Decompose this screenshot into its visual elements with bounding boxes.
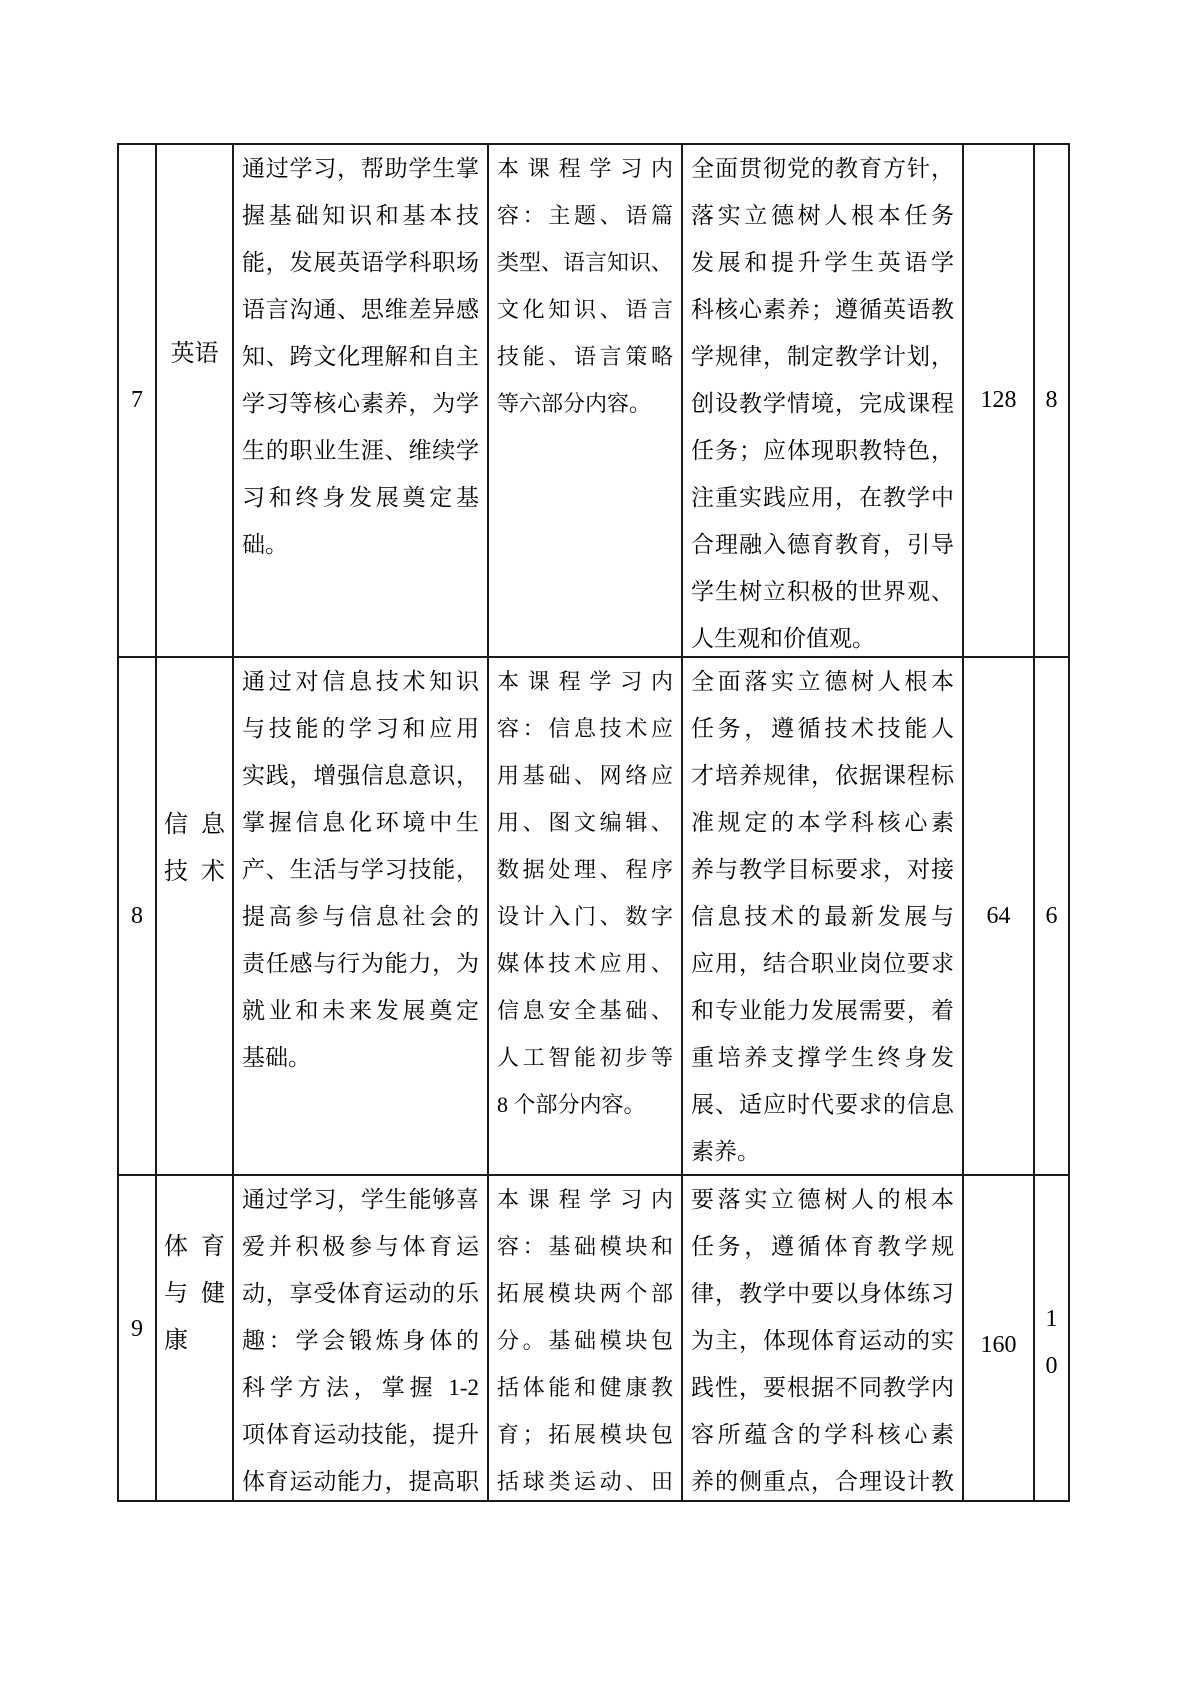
text-line: 发展和提升学生英语学: [691, 239, 954, 286]
text-line: 分。基础模块包: [497, 1317, 673, 1364]
text-line: 本课程学习内: [497, 145, 673, 192]
text-line: 媒体技术应用、: [497, 940, 673, 987]
text-line: 体育: [164, 1224, 225, 1271]
text-line: 括体能和健康教: [497, 1364, 673, 1411]
text-line: 学生树立积极的世界观、: [691, 568, 954, 615]
text-line: 养的侧重点，合理设计教: [691, 1458, 954, 1500]
text-line: 责任感与行为能力，为: [242, 940, 479, 987]
text-line: 通过对信息技术知识: [242, 658, 479, 705]
text-line: 本课程学习内: [497, 1176, 673, 1223]
row-8-content-cell: 本课程学习内容：信息技术应用基础、网络应用、图文编辑、数据处理、程序设计入门、数…: [489, 658, 683, 1176]
text-line: 握基础知识和基本技: [242, 192, 479, 239]
row-7-credits-cell: 8: [1035, 145, 1068, 658]
text-line: 通过学习，帮助学生掌: [242, 145, 479, 192]
text-line: 通过学习，学生能够喜: [242, 1176, 479, 1223]
text-line: 数据处理、程序: [497, 846, 673, 893]
text-line: 人生观和价值观。: [691, 615, 954, 658]
row-9-content-cell: 本课程学习内容：基础模块和拓展模块两个部分。基础模块包括体能和健康教育；拓展模块…: [489, 1176, 683, 1500]
row-9-hours-cell: 160: [964, 1176, 1035, 1500]
text-line: 育；拓展模块包: [497, 1411, 673, 1458]
text-line: 践性，要根据不同教学内: [691, 1364, 954, 1411]
text-line: 创设教学情境，完成课程: [691, 380, 954, 427]
row-9-number-cell: 9: [119, 1176, 157, 1500]
text-line: 和专业能力发展需要，着: [691, 987, 954, 1034]
text-line: 8: [1046, 377, 1058, 424]
text-line: 拓展模块两个部: [497, 1270, 673, 1317]
text-line: 素养。: [691, 1128, 954, 1175]
text-line: 用、图文编辑、: [497, 799, 673, 846]
hours-value: 160: [981, 1322, 1017, 1369]
document-page: 7 英语 通过学习，帮助学生掌握基础知识和基本技能，发展英语学科职场语言沟通、思…: [0, 0, 1191, 1684]
text-line: 展、适应时代要求的信息: [691, 1081, 954, 1128]
text-line: 爱并积极参与体育运: [242, 1223, 479, 1270]
text-line: 学规律，制定教学计划，: [691, 333, 954, 380]
text-line: 体育运动能力，提高职: [242, 1458, 479, 1500]
text-line: 生的职业生涯、维续学: [242, 427, 479, 474]
text-line: 全面落实立德树人根本: [691, 658, 954, 705]
row-7-content-cell: 本课程学习内容：主题、语篇类型、语言知识、文化知识、语言技能、语言策略等六部分内…: [489, 145, 683, 658]
text-line: 要落实立德树人的根本: [691, 1176, 954, 1223]
row-7-requirements-cell: 全面贯彻党的教育方针，落实立德树人根本任务发展和提升学生英语学科核心素养；遵循英…: [683, 145, 964, 658]
text-line: 与健: [164, 1271, 225, 1318]
text-line: 准规定的本学科核心素: [691, 799, 954, 846]
text-line: 康: [164, 1318, 225, 1365]
text-line: 就业和未来发展奠定: [242, 987, 479, 1034]
text-line: 养与教学目标要求，对接: [691, 846, 954, 893]
row-8-hours-cell: 64: [964, 658, 1035, 1176]
row-7-hours-cell: 128: [964, 145, 1035, 658]
text-line: 提高参与信息社会的: [242, 893, 479, 940]
text-line: 落实立德树人根本任务: [691, 192, 954, 239]
text-line: 1: [1046, 1296, 1058, 1343]
text-line: 重培养支撑学生终身发: [691, 1034, 954, 1081]
hours-value: 64: [987, 893, 1011, 940]
text-line: 任务，遵循技术技能人: [691, 705, 954, 752]
text-line: 产、生活与学习技能，: [242, 846, 479, 893]
text-line: 科学方法，掌握 1-2: [242, 1364, 479, 1411]
text-line: 语言沟通、思维差异感: [242, 286, 479, 333]
text-line: 科核心素养；遵循英语教: [691, 286, 954, 333]
text-line: 才培养规律，依据课程标: [691, 752, 954, 799]
text-line: 动，享受体育运动的乐: [242, 1270, 479, 1317]
row-9-requirements-cell: 要落实立德树人的根本任务，遵循体育教学规律，教学中要以身体练习为主，体现体育运动…: [683, 1176, 964, 1500]
text-line: 技能、语言策略: [497, 333, 673, 380]
text-line: 知、跨文化理解和自主: [242, 333, 479, 380]
row-9-course-name-cell: 体育与健康: [157, 1176, 234, 1500]
text-line: 8 个部分内容。: [497, 1081, 673, 1128]
text-line: 信息安全基础、: [497, 987, 673, 1034]
text-line: 全面贯彻党的教育方针，: [691, 145, 954, 192]
text-line: 0: [1046, 1343, 1058, 1390]
text-line: 人工智能初步等: [497, 1034, 673, 1081]
text-line: 设计入门、数字: [497, 893, 673, 940]
text-line: 容所蕴含的学科核心素: [691, 1411, 954, 1458]
row-8-number-cell: 8: [119, 658, 157, 1176]
text-line: 信息: [164, 802, 225, 849]
text-line: 础。: [242, 521, 479, 568]
text-line: 注重实践应用，在教学中: [691, 474, 954, 521]
text-line: 等六部分内容。: [497, 380, 673, 427]
text-line: 能，发展英语学科职场: [242, 239, 479, 286]
text-line: 合理融入德育教育，引导: [691, 521, 954, 568]
text-line: 英语: [164, 331, 225, 378]
text-line: 文化知识、语言: [497, 286, 673, 333]
curriculum-table: 7 英语 通过学习，帮助学生掌握基础知识和基本技能，发展英语学科职场语言沟通、思…: [117, 143, 1070, 1502]
text-line: 掌握信息化环境中生: [242, 799, 479, 846]
text-line: 任务，遵循体育教学规: [691, 1223, 954, 1270]
text-line: 律，教学中要以身体练习: [691, 1270, 954, 1317]
row-7-objectives-cell: 通过学习，帮助学生掌握基础知识和基本技能，发展英语学科职场语言沟通、思维差异感知…: [234, 145, 489, 658]
text-line: 基础。: [242, 1034, 479, 1081]
text-line: 实践，增强信息意识，: [242, 752, 479, 799]
text-line: 应用，结合职业岗位要求: [691, 940, 954, 987]
row-8-requirements-cell: 全面落实立德树人根本任务，遵循技术技能人才培养规律，依据课程标准规定的本学科核心…: [683, 658, 964, 1176]
text-line: 括球类运动、田: [497, 1458, 673, 1500]
row-number: 7: [131, 377, 143, 424]
row-number: 9: [131, 1306, 143, 1353]
row-7-number-cell: 7: [119, 145, 157, 658]
text-line: 容：主题、语篇: [497, 192, 673, 239]
row-number: 8: [131, 893, 143, 940]
row-7-course-name-cell: 英语: [157, 145, 234, 658]
row-8-course-name-cell: 信息技术: [157, 658, 234, 1176]
text-line: 习和终身发展奠定基: [242, 474, 479, 521]
text-line: 学习等核心素养，为学: [242, 380, 479, 427]
text-line: 类型、语言知识、: [497, 239, 673, 286]
text-line: 为主，体现体育运动的实: [691, 1317, 954, 1364]
text-line: 技术: [164, 849, 225, 896]
hours-value: 128: [981, 377, 1017, 424]
row-9-objectives-cell: 通过学习，学生能够喜爱并积极参与体育运动，享受体育运动的乐趣：学会锻炼身体的科学…: [234, 1176, 489, 1500]
row-9-credits-cell: 10: [1035, 1176, 1068, 1500]
text-line: 信息技术的最新发展与: [691, 893, 954, 940]
text-line: 项体育运动技能，提升: [242, 1411, 479, 1458]
text-line: 任务；应体现职教特色，: [691, 427, 954, 474]
text-line: 容：信息技术应: [497, 705, 673, 752]
row-8-objectives-cell: 通过对信息技术知识与技能的学习和应用实践，增强信息意识，掌握信息化环境中生产、生…: [234, 658, 489, 1176]
text-line: 与技能的学习和应用: [242, 705, 479, 752]
text-line: 容：基础模块和: [497, 1223, 673, 1270]
text-line: 6: [1046, 893, 1058, 940]
row-8-credits-cell: 6: [1035, 658, 1068, 1176]
text-line: 用基础、网络应: [497, 752, 673, 799]
text-line: 趣：学会锻炼身体的: [242, 1317, 479, 1364]
text-line: 本课程学习内: [497, 658, 673, 705]
